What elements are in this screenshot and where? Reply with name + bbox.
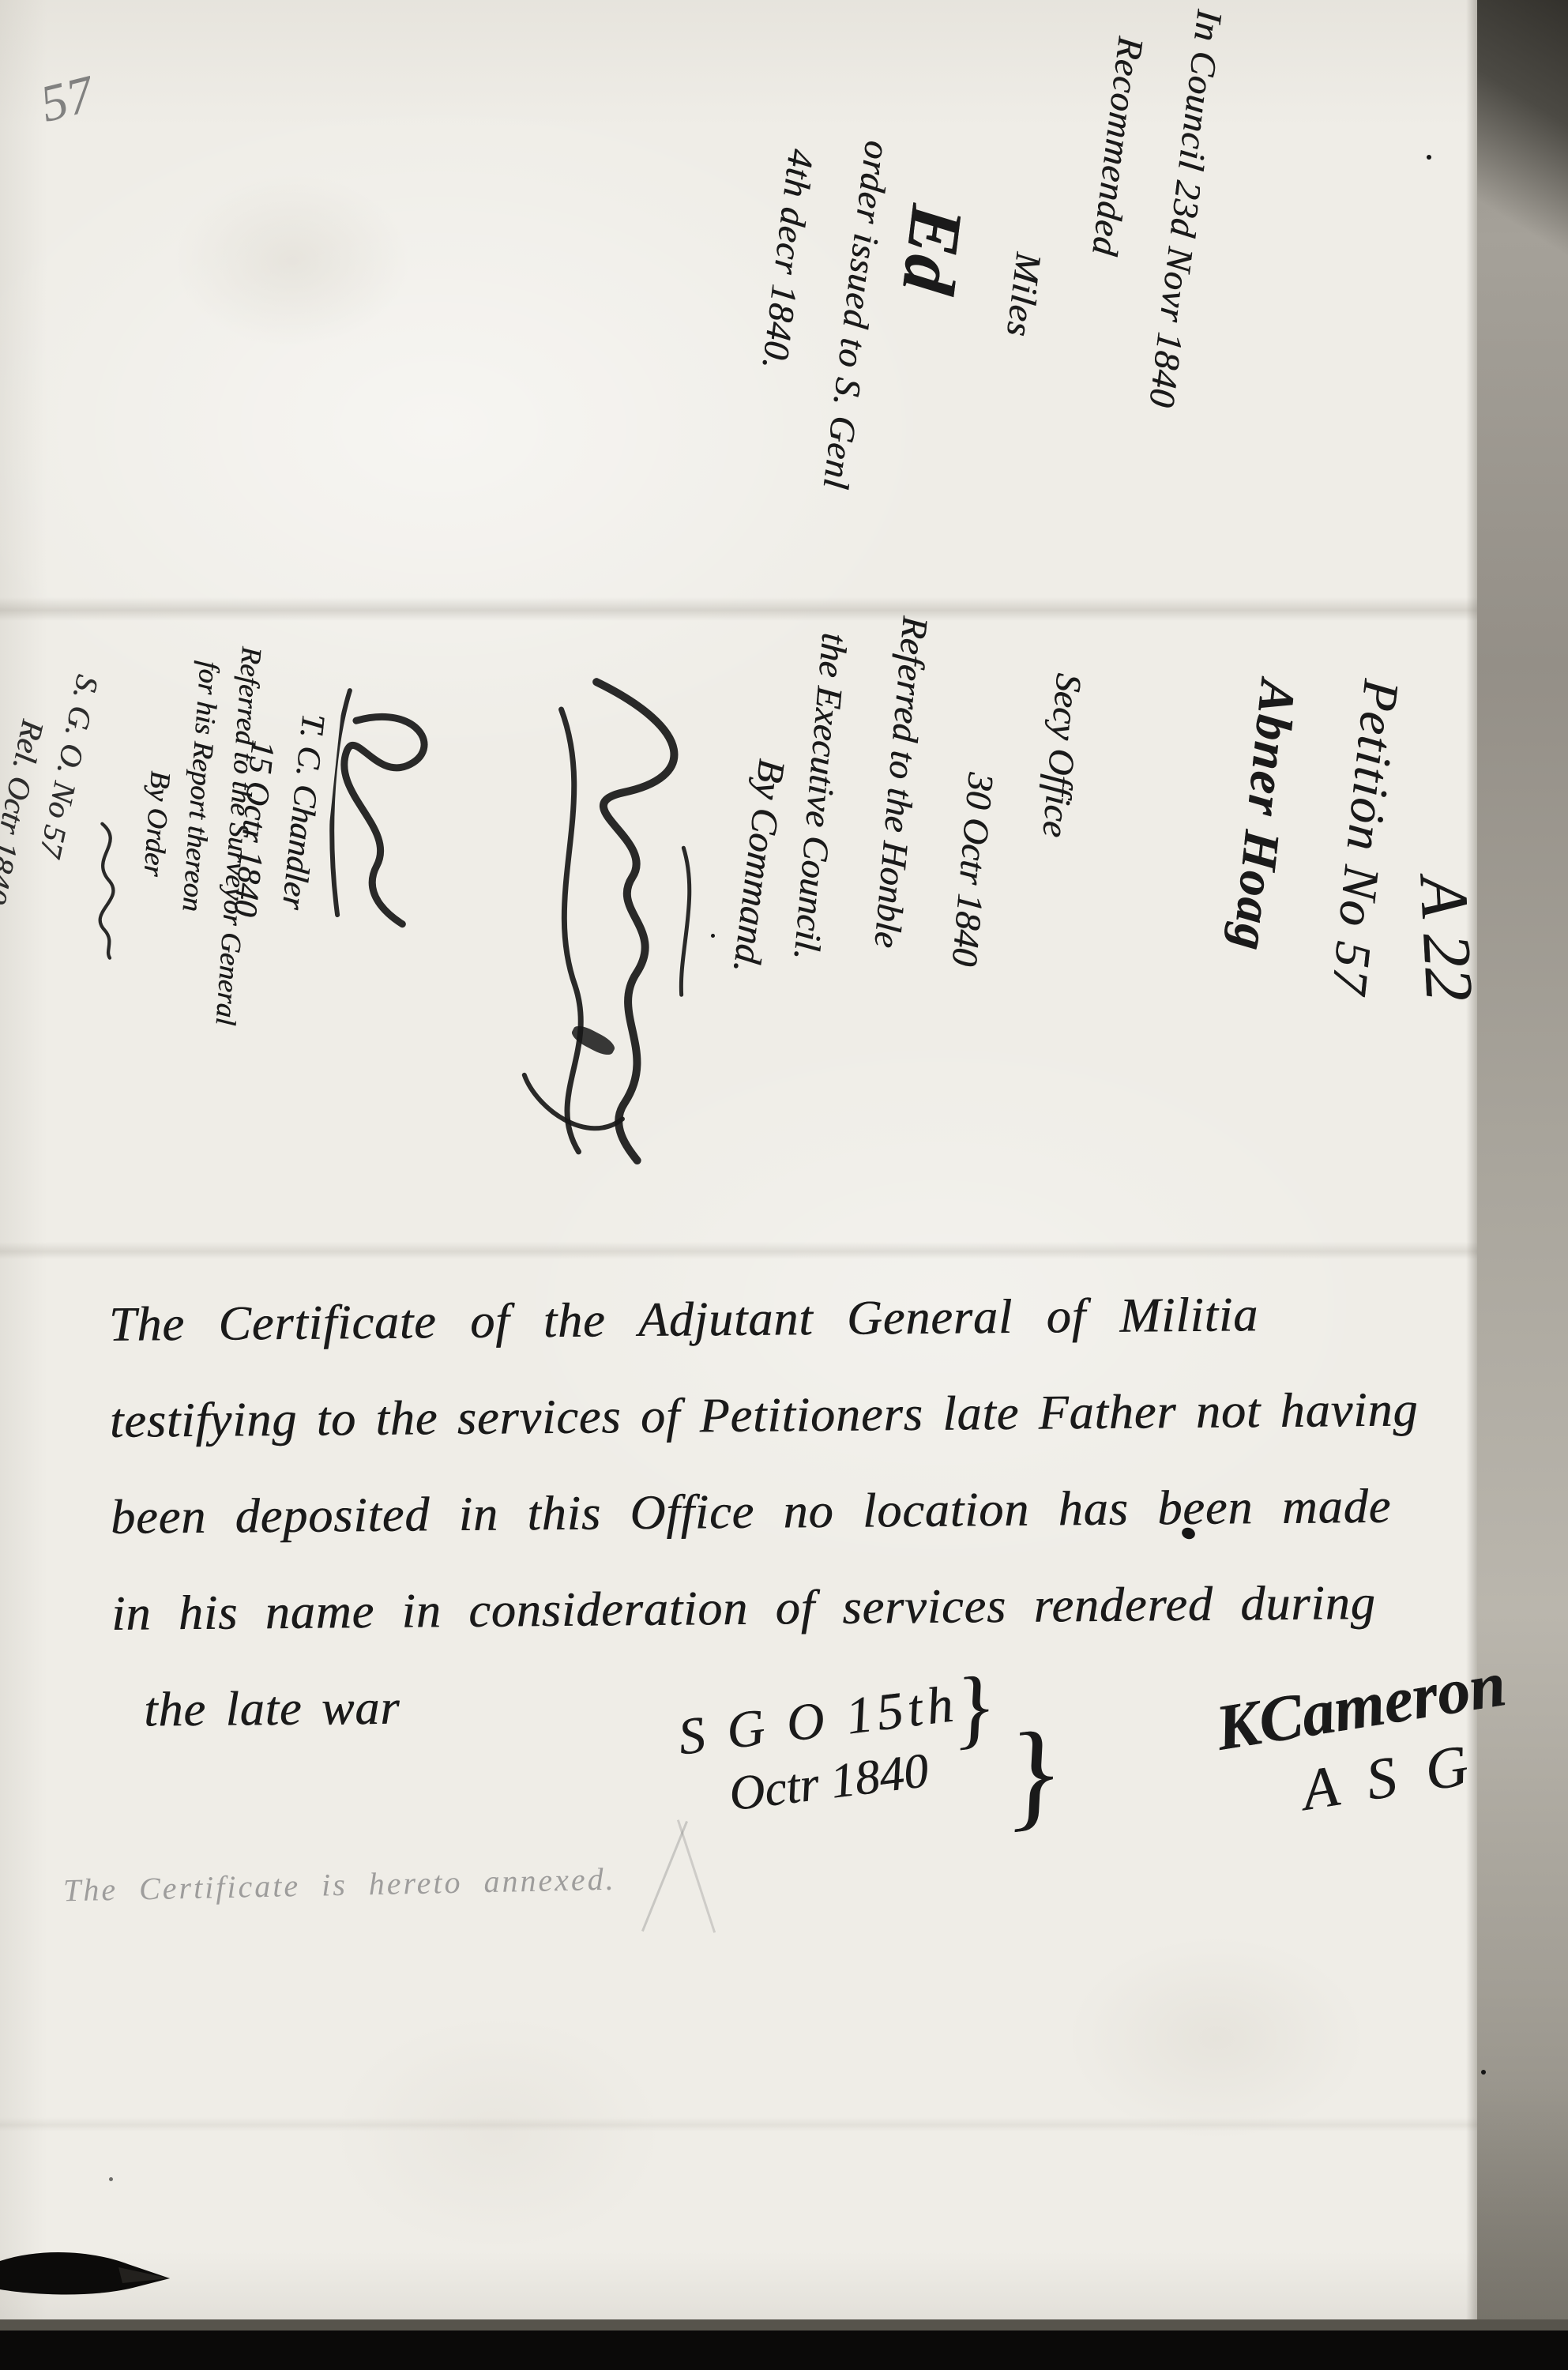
pen-nib-object — [0, 2244, 190, 2315]
pencil-stray-stroke — [641, 1821, 688, 1932]
pencil-stray-stroke — [677, 1819, 716, 1933]
ink-speck — [711, 934, 715, 938]
endorsement-secretary-office: Secy Office 30 Octr 1840 Referred to the… — [741, 604, 1094, 1073]
scan-corner-wedge — [1477, 0, 1568, 300]
scan-bottom-bar — [0, 2330, 1568, 2370]
main-note-line: in his name in consideration of services… — [111, 1553, 1542, 1662]
pencil-annotation: The Certificate is hereto annexed. — [63, 1860, 617, 1909]
main-note-line: been deposited in this Office no locatio… — [111, 1457, 1541, 1566]
main-note-line: testifying to the services of Petitioner… — [109, 1360, 1540, 1469]
ink-speck — [1481, 2070, 1486, 2075]
paper-stain — [332, 2014, 664, 2251]
endorsement-in-council: In Council 23d Novr 1840 Recommended Mil… — [696, 0, 1232, 623]
docket-title-block: A 22 Petition No 57 Abner Hoag — [1152, 661, 1529, 1213]
fold-crease — [0, 1242, 1568, 1259]
brace-glyph: } — [998, 1704, 1062, 1845]
ink-speck — [1378, 817, 1383, 822]
fold-crease-shadow — [0, 2251, 1568, 2330]
ink-speck — [109, 2177, 113, 2181]
scanned-document-page: 57 In Council 23d Novr 1840 Recommended … — [0, 0, 1568, 2370]
endorsement-by-command: By Command. — [470, 662, 802, 1213]
fold-crease — [0, 2117, 1568, 2131]
docket-case-no: A 22 — [1364, 874, 1500, 1211]
signature-scrawl-bold — [319, 683, 454, 931]
ink-speck — [1427, 155, 1431, 160]
paper-stain — [174, 174, 411, 348]
pencil-folio-number: 57 — [35, 64, 100, 135]
main-note-line: The Certificate of the Adjutant General … — [108, 1264, 1539, 1373]
paper-stain — [1066, 1935, 1367, 2141]
